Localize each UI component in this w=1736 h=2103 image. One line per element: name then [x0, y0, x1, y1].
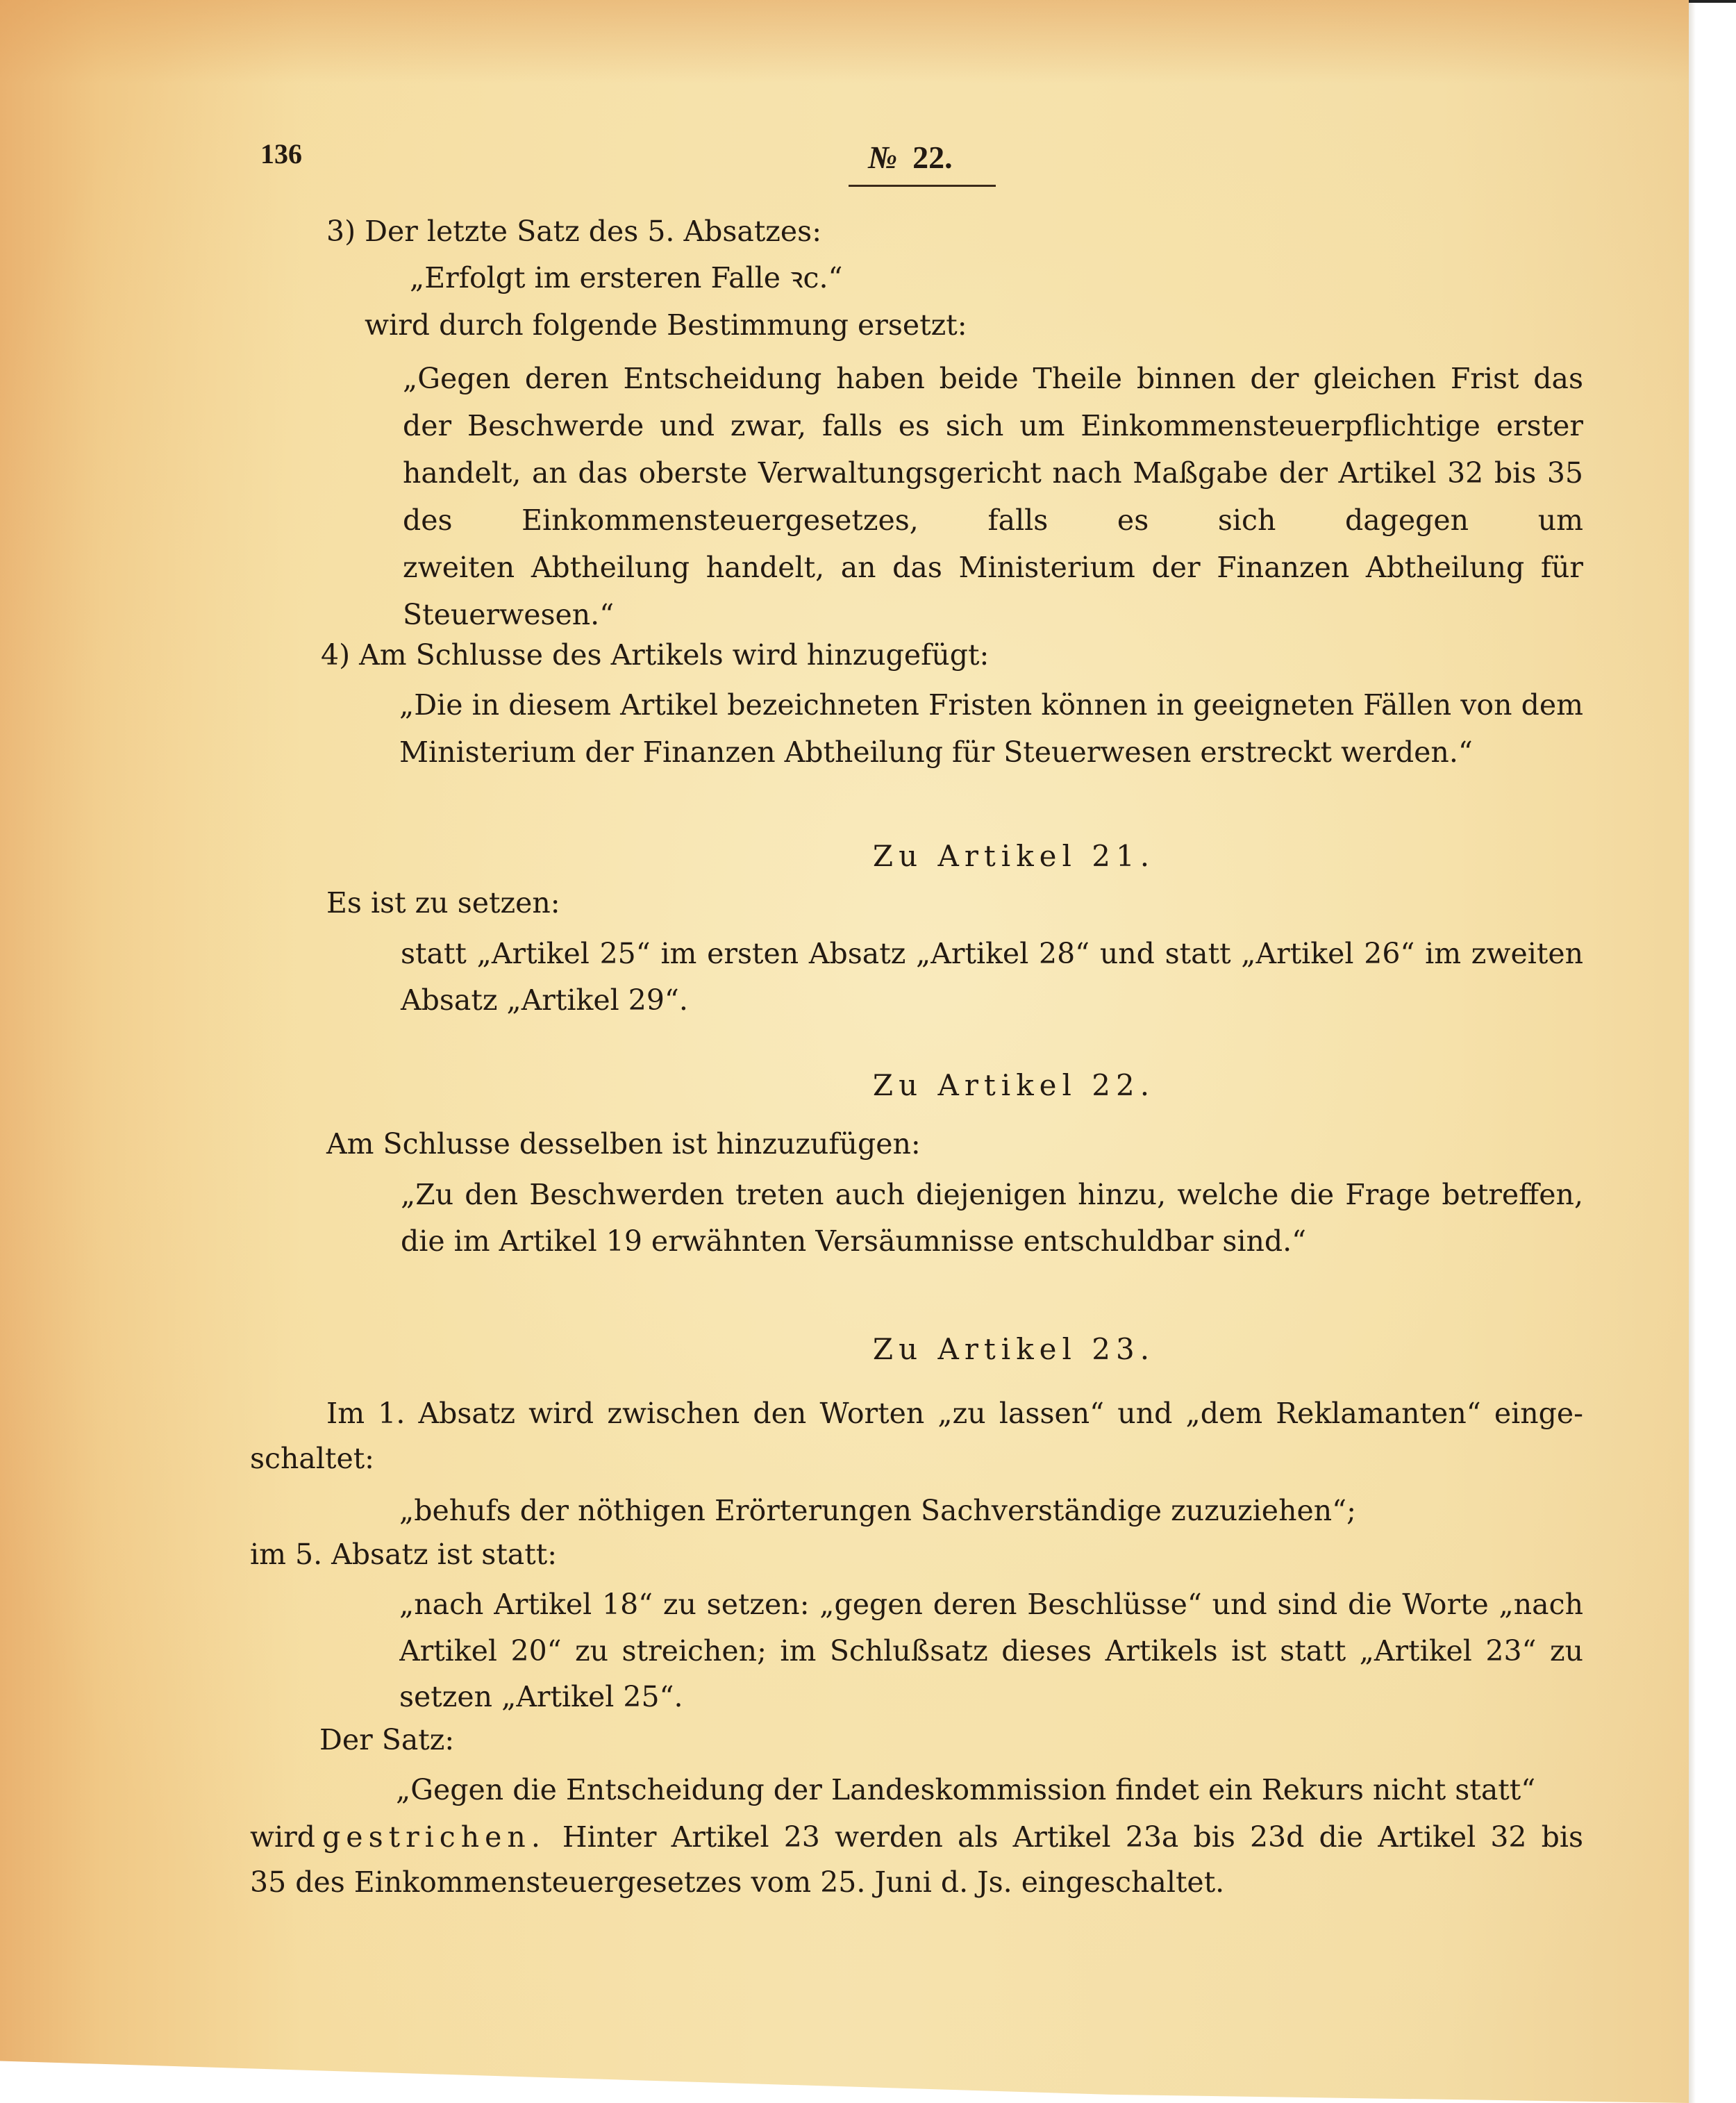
final-text: Hinter Artikel 23 werden als Artikel 23a… — [562, 1820, 1583, 1854]
deleted-prefix: wird — [250, 1820, 315, 1854]
heading-artikel-21: Zu Artikel 21. — [701, 839, 1326, 873]
scan-border — [1689, 0, 1736, 3]
art23-para2-line: „nach Artikel 18“ zu setzen: „gegen dere… — [399, 1587, 1583, 1622]
item3-text-line: Steuerwesen.“ — [403, 597, 614, 632]
art21-intro: Es ist zu setzen: — [326, 886, 560, 920]
heading-artikel-23: Zu Artikel 23. — [701, 1332, 1326, 1366]
item3-intro: 3) Der letzte Satz des 5. Absatzes: — [326, 214, 821, 249]
heading-artikel-22: Zu Artikel 22. — [701, 1068, 1326, 1102]
art23-para1-line: schaltet: — [250, 1441, 374, 1476]
art23-para1-line: Im 1. Absatz wird zwischen den Worten „z… — [326, 1396, 1583, 1431]
item4-text-line: „Die in diesem Artikel bezeichneten Fris… — [399, 688, 1583, 722]
item3-replaced-by: wird durch folgende Bestimmung ersetzt: — [365, 308, 967, 342]
issue-number-value: 22. — [912, 140, 953, 175]
art22-text-line: „Zu den Beschwerden treten auch diejenig… — [401, 1177, 1583, 1212]
art23-para2-intro: im 5. Absatz ist statt: — [250, 1537, 557, 1572]
art23-sentence: „Gegen die Entscheidung der Landeskommis… — [396, 1772, 1535, 1807]
item3-quote: „Erfolgt im ersteren Falle ꝛc.“ — [410, 260, 842, 295]
art21-text-line: statt „Artikel 25“ im ersten Absatz „Art… — [401, 936, 1583, 971]
art21-text-line: Absatz „Artikel 29“. — [401, 983, 688, 1017]
art22-text-line: die im Artikel 19 erwähnten Versäumnisse… — [401, 1224, 1306, 1258]
item3-text-line: des Einkommensteuergesetzes, falls es si… — [403, 503, 1583, 538]
item3-text-line: der Beschwerde und zwar, falls es sich u… — [403, 408, 1583, 443]
art23-para2-line: Artikel 20“ zu streichen; im Schlußsatz … — [399, 1634, 1583, 1668]
item4-intro: 4) Am Schlusse des Artikels wird hinzuge… — [321, 638, 989, 672]
art23-para2-line: setzen „Artikel 25“. — [399, 1679, 683, 1714]
art23-final-line-2: 35 des Einkommensteuergesetzes vom 25. J… — [250, 1865, 1224, 1900]
page-number: 136 — [260, 138, 302, 170]
art23-final-line: wird gestrichen. Hinter Artikel 23 werde… — [250, 1820, 1583, 1854]
art23-sentence-intro: Der Satz: — [319, 1722, 454, 1757]
issue-number: №22. — [868, 139, 953, 176]
item3-text-line: zweiten Abtheilung handelt, an das Minis… — [403, 550, 1583, 585]
item4-text-line: Ministerium der Finanzen Abtheilung für … — [399, 735, 1473, 770]
deleted-word: gestrichen. — [322, 1820, 546, 1854]
art22-intro: Am Schlusse desselben ist hinzuzufügen: — [326, 1127, 921, 1161]
numero-symbol: № — [868, 140, 897, 175]
header-rule — [849, 185, 996, 187]
item3-text-line: handelt, an das oberste Verwaltungsgeric… — [403, 456, 1583, 490]
item3-text-line: „Gegen deren Entscheidung haben beide Th… — [403, 361, 1583, 396]
art23-insert: „behufs der nöthigen Erörterungen Sachve… — [399, 1493, 1356, 1528]
page-edge-shadow — [1689, 0, 1696, 2103]
